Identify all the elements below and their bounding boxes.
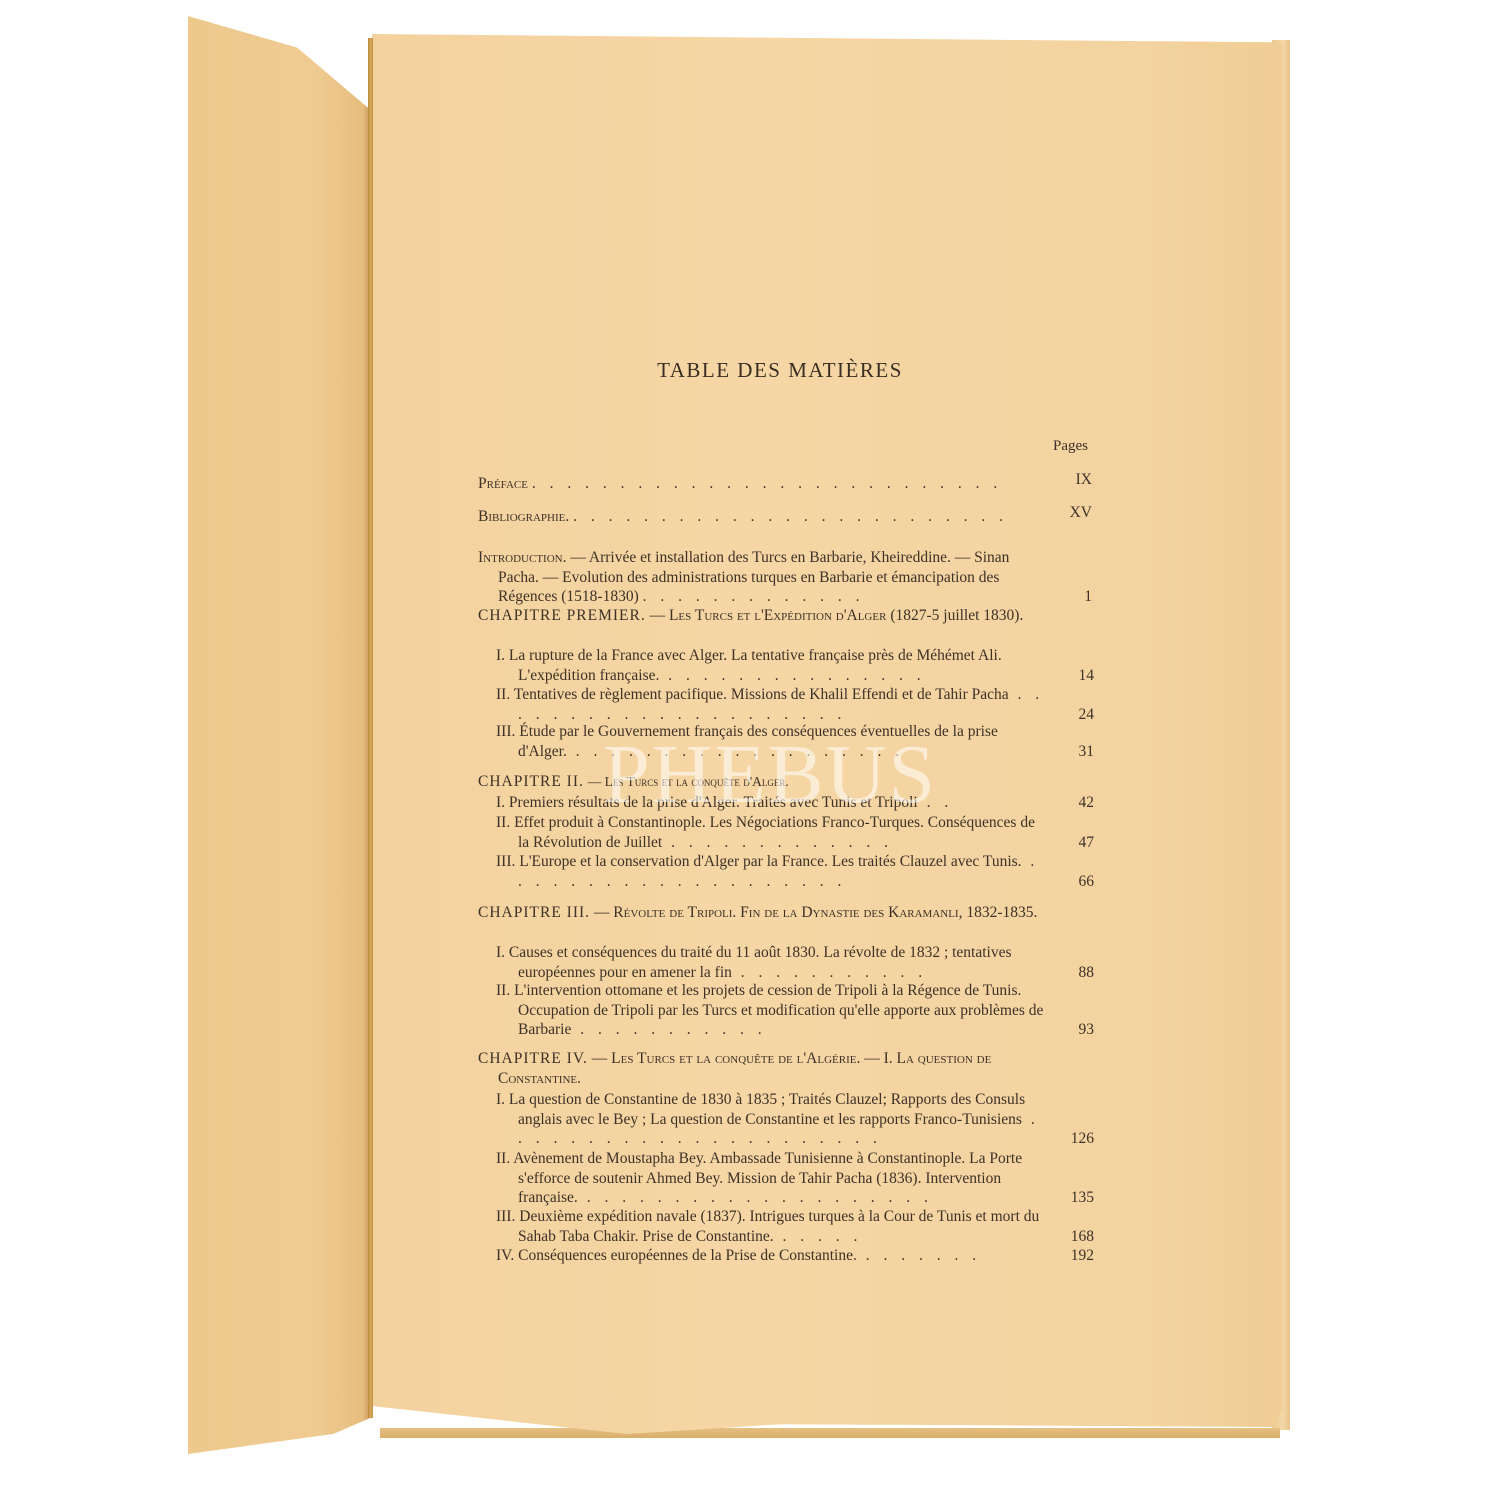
table-of-contents: TABLE DES MATIÈRES Pages Préface . . . .… bbox=[0, 0, 1500, 1500]
section-text: L'Europe et la conservation d'Alger par … bbox=[519, 853, 1021, 870]
section-text: Tentatives de règlement pacifique. Missi… bbox=[514, 686, 1009, 703]
toc-section: III. Étude par le Gouvernement français … bbox=[496, 722, 1048, 761]
page-number: 1 bbox=[1048, 587, 1092, 607]
toc-section: III. L'Europe et la conservation d'Alger… bbox=[496, 852, 1048, 891]
chapter-title: — Les Turcs et la conquête d'Alger. bbox=[588, 774, 789, 789]
page-number: 42 bbox=[1048, 793, 1094, 813]
entry-label: Préface bbox=[478, 475, 528, 492]
page-number: 126 bbox=[1048, 1129, 1094, 1149]
section-number: II. bbox=[496, 982, 510, 999]
pages-column-header: Pages bbox=[1000, 438, 1088, 455]
toc-entry-preface: Préface . . . . . . . . . . . . . . . . … bbox=[478, 474, 1048, 494]
leader-dots: . . . . . . . . . . . . . bbox=[662, 834, 893, 851]
leader-dots: . . bbox=[918, 794, 954, 811]
section-number: II. bbox=[496, 686, 510, 703]
section-number: I. bbox=[496, 944, 505, 961]
leader-dots: . . . . . . . . . . . bbox=[571, 1021, 766, 1038]
page-number: 135 bbox=[1048, 1188, 1094, 1208]
section-number: II. bbox=[496, 814, 510, 831]
section-number: III. bbox=[496, 1208, 515, 1225]
toc-section: II. Avènement de Moustapha Bey. Ambassad… bbox=[496, 1149, 1048, 1208]
page-number: 14 bbox=[1048, 666, 1094, 686]
page-number: 168 bbox=[1048, 1227, 1094, 1247]
toc-section: IV. Conséquences européennes de la Prise… bbox=[496, 1246, 1048, 1266]
chapter-label: CHAPITRE PREMIER. bbox=[478, 607, 646, 624]
section-number: I. bbox=[496, 794, 505, 811]
page-number: 88 bbox=[1048, 963, 1094, 983]
chapter-label: CHAPITRE II. bbox=[478, 773, 584, 790]
toc-section: III. Deuxième expédition navale (1837). … bbox=[496, 1207, 1048, 1246]
page-number: 47 bbox=[1048, 833, 1094, 853]
leader-dots: . . . . . bbox=[774, 1228, 863, 1245]
chapter-heading-4: CHAPITRE IV. — Les Turcs et la conquête … bbox=[478, 1049, 1068, 1088]
section-number: III. bbox=[496, 853, 515, 870]
page-number: 192 bbox=[1048, 1246, 1094, 1266]
page-title: TABLE DES MATIÈRES bbox=[480, 358, 1080, 383]
leader-dots: . . . . . . . . . . . . . . . . . . . . bbox=[578, 1189, 933, 1206]
entry-label: Introduction. bbox=[478, 549, 566, 566]
chapter-heading-2: CHAPITRE II. — Les Turcs et la conquête … bbox=[478, 772, 1068, 792]
section-number: I. bbox=[496, 1091, 505, 1108]
entry-label: Bibliographie. bbox=[478, 508, 569, 525]
leader-dots: . . . . . . . . . . . . . . . bbox=[659, 667, 925, 684]
page-number: IX bbox=[1048, 470, 1092, 490]
section-text: Conséquences européennes de la Prise de … bbox=[518, 1247, 857, 1264]
page-number: XV bbox=[1048, 503, 1092, 523]
chapter-heading-1: CHAPITRE PREMIER. — Les Turcs et l'Expéd… bbox=[478, 606, 1068, 626]
toc-section: II. L'intervention ottomane et les proje… bbox=[496, 981, 1048, 1040]
section-number: IV. bbox=[496, 1247, 514, 1264]
page-number: 24 bbox=[1048, 705, 1094, 725]
page-number: 31 bbox=[1048, 742, 1094, 762]
chapter-heading-3: CHAPITRE III. — Révolte de Tripoli. Fin … bbox=[478, 903, 1068, 923]
toc-entry-introduction: Introduction. — Arrivée et installation … bbox=[478, 548, 1048, 607]
leader-dots: . . . . . . . bbox=[857, 1247, 981, 1264]
toc-section: II. Effet produit à Constantinople. Les … bbox=[496, 813, 1048, 852]
chapter-title-suffix: 1832-1835. bbox=[966, 904, 1037, 921]
leader-dots: . . . . . . . . . . . . . . . . . . . . … bbox=[573, 508, 1008, 525]
leader-dots: . . . . . . . . . . . . . bbox=[643, 588, 865, 605]
section-number: III. bbox=[496, 723, 515, 740]
section-text: La question de Constantine de 1830 à 183… bbox=[509, 1091, 1025, 1128]
toc-entry-bibliographie: Bibliographie. . . . . . . . . . . . . .… bbox=[478, 507, 1048, 527]
chapter-label: CHAPITRE IV. bbox=[478, 1050, 588, 1067]
section-number: II. bbox=[496, 1150, 510, 1167]
leader-dots: . . . . . . . . . . . . . . . . . . . bbox=[567, 743, 904, 760]
chapter-title: — Révolte de Tripoli. Fin de la Dynastie… bbox=[594, 904, 963, 921]
section-text: Premiers résultats de la prise d'Alger. … bbox=[509, 794, 918, 811]
chapter-title-suffix: (1827-5 juillet 1830). bbox=[890, 607, 1023, 624]
toc-section: I. Causes et conséquences du traité du 1… bbox=[496, 943, 1048, 982]
toc-section: I. La rupture de la France avec Alger. L… bbox=[496, 646, 1048, 685]
toc-section: II. Tentatives de règlement pacifique. M… bbox=[496, 685, 1048, 724]
page-number: 93 bbox=[1048, 1020, 1094, 1040]
section-number: I. bbox=[496, 647, 505, 664]
chapter-title: — Les Turcs et l'Expédition d'Alger bbox=[650, 607, 887, 624]
toc-section: I. Premiers résultats de la prise d'Alge… bbox=[496, 793, 1048, 813]
leader-dots: . . . . . . . . . . . . . . . . . . . . … bbox=[532, 475, 1002, 492]
leader-dots: . . . . . . . . . . . bbox=[732, 964, 927, 981]
page-number: 66 bbox=[1048, 872, 1094, 892]
toc-section: I. La question de Constantine de 1830 à … bbox=[496, 1090, 1048, 1149]
chapter-label: CHAPITRE III. bbox=[478, 904, 590, 921]
